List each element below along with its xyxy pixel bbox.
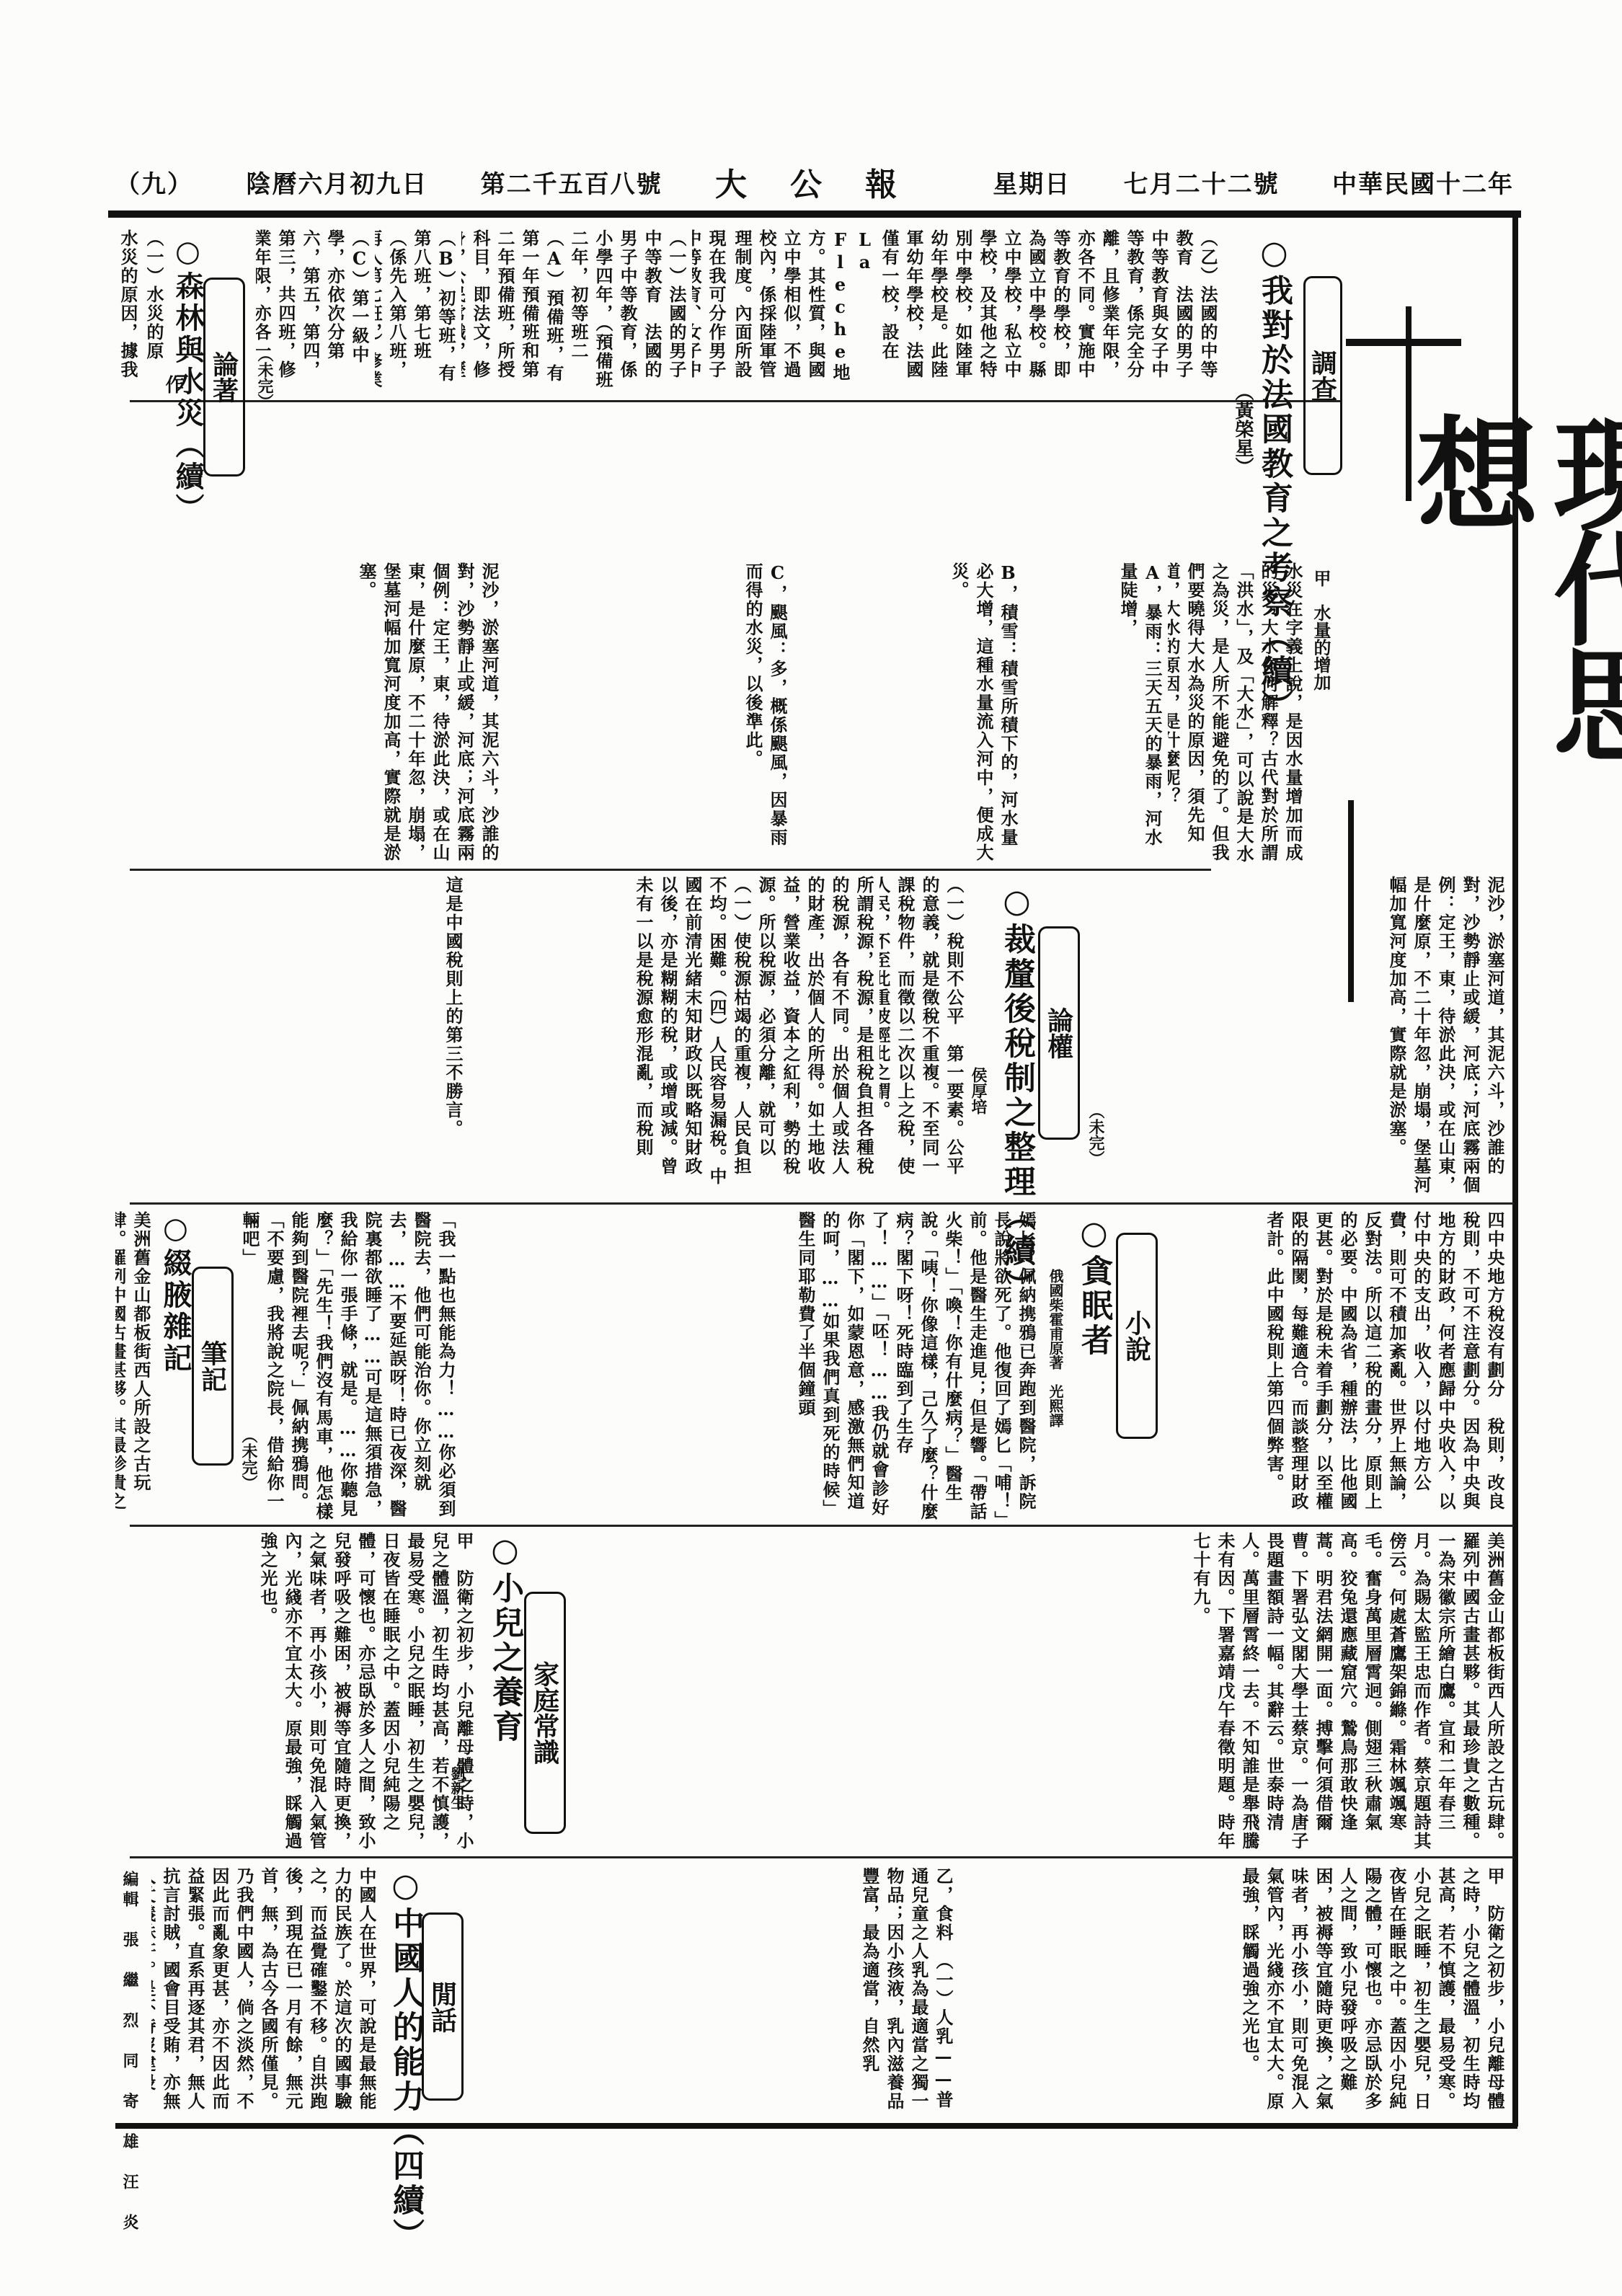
section-heading-water: 甲 水量的增加 [1308,569,1334,691]
row1-rule [130,400,1341,402]
masthead: 現代思想 [1348,245,1586,836]
article-author-survey: （黃棨星） [1230,382,1257,476]
section-label-tax: 論權 [1038,926,1080,1140]
section-label-text: 調查 [1305,350,1342,402]
article-body-notes-a: 美洲舊金山都板街西人所設之古玩肆。羅列中國古畫甚夥。其最珍貴之數種。一為宋徽宗所… [115,1211,153,1521]
article-body-family-2: 甲 防衛之初步，小兒離母體之時，小兒之體溫，初生時均甚高，若不慎護，最易受寒。小… [959,1867,1507,2119]
article-body-forest-2: 水災的原因，據我的見解，大概可分兩說： [115,229,140,395]
article-body-notes-b: 美洲舊金山都板街西人所設之古玩肆。羅列中國古畫甚夥。其最珍貴之數種。一為宋徽宗所… [743,1532,1507,1853]
row5-rule [130,1856,1514,1858]
article-body-flood-end: 泥沙，淤塞河道，其泥六斗，沙誰的對，沙勢靜止或緩，河底；河底霧兩個例：定王，東，… [1218,876,1507,1200]
article-body-tax-2: 所謂稅源，稅源，是租稅負担各種稅的稅源，各有不同。出於個人或法人的財產，出於個人… [469,876,876,1193]
section-label-text: 論著 [206,351,243,403]
row2-rule-left [130,869,1211,871]
weekday: 星期日 [993,164,1071,200]
article-body-novel-2: 「我一點也無能為力！……你必須到醫院去，他們可能治你。你立刻就去，……不要延誤呀… [238,1211,458,1521]
article-body-survey-3: （一）法國的男子中等教育 法國的男子中等教育，係小學四年，（預備班二年，初等班二… [570,229,688,395]
article-body-tax-1: （一）稅則不公平 第一要素。公平的意義，就是徵稅不重複。不至同一課稅物件，而徵以… [879,876,966,1193]
masthead-line-h [1346,339,1461,346]
article-title-family: ○小兒之養育 [482,1532,528,1763]
republic-year: 中華民國十二年 [1332,164,1514,200]
article-body-family-food: 乙，食料 （一）人乳——普通兒童之人乳為最適當之獨一物品；因小孩液，乳內滋養品豐… [519,1867,955,2119]
editor-credit: 編輯 張 繼 烈 同 寄 雄 汪 炎 [119,1871,141,2234]
section-label-text: 家庭常識 [527,1661,564,1765]
to-be-continued-survey: （未完） [254,346,276,409]
newspaper-page: 中華民國十二年 七月二十二號 星期日 大公報 第二千五百八號 陰曆六月初九日 （… [0,0,1622,2296]
page-header: 中華民國十二年 七月二十二號 星期日 大公報 第二千五百八號 陰曆六月初九日 （… [115,166,1514,198]
to-be-continued-flood: （未完） [1085,1103,1107,1166]
article-body-novel-1: 嫣匕，佩納携鴉已奔跑到醫院，訴院長說將欲死了。他復回了嫣匕「哺！」前。他是醫生走… [461,1211,1038,1521]
article-title-tax: ○裁釐後稅制之整理（續） [993,883,1040,1200]
section-label-forest: 論著 [203,278,245,477]
article-body-survey-5: （B）初等班，有第八班，第七班（係先入第八班，再入第七班，）修業年限，各一年。由… [375,229,458,395]
section-label-novel: 小說 [1116,1233,1158,1439]
article-body-tax-3: 這是中國稅則上的第三不勝言。 [115,876,465,1193]
section-label-family: 家庭常識 [524,1592,566,1834]
article-body-water-C: C，颶風：多，概係颶風，因暴雨而得的水災，以後準此。 [505,562,789,865]
article-author-novel: 俄國柴霍甫原著 光熙譯 [1045,1269,1066,1427]
masthead-title: 現代思想 [1399,411,1622,836]
article-title-novel: ○貪眠者 [1071,1215,1117,1402]
header-rule [108,210,1521,218]
article-body-tax-side: 四中央地方稅沒有劃分 稅則，改良稅則，不可不注意劃分。因為中央與地方的財政，何者… [1153,1211,1507,1521]
row4-rule [130,1525,1514,1527]
section-label-text: 閒話 [425,1981,461,2033]
article-body-chat: 中國人在世界，可說是最無能力的民族了。於這次的國事驗之，而益覺確鑿不移。自洪跑後… [151,1867,378,2119]
row3-rule [130,1202,1514,1205]
gregorian-date: 七月二十二號 [1124,164,1280,200]
article-body-water-A: A，暴雨：三天五天的暴雨，河水量陡增， [1024,562,1164,865]
article-body-forest-1: （一）水災的原因， [141,229,166,395]
article-body-survey-1: （乙）法國的中等教育 法國的男子中等教育與女子中等教育，係完全分離，且修業年限，… [730,229,1220,395]
section-label-survey: 調查 [1303,276,1342,475]
issue-number: 第二千五百八號 [481,164,662,200]
article-author-tax: 侯厚培 [967,1067,990,1114]
section-label-text: 小說 [1119,1310,1156,1362]
article-title-notes: ○綴腋雜記 [155,1211,196,1427]
article-body-water-B: B，積雪：積雪所積下的，河水量必大增，這種水量流入河中，便成大災。 [793,562,1020,865]
section-label-text: 論權 [1041,1007,1078,1059]
bottom-rule [115,2123,1517,2129]
article-body-family-1: 甲 防衛之初步，小兒離母體之時，小兒之體溫，初生時均甚高，若不慎護，最易受寒。小… [115,1532,476,1853]
article-body-water-1: 水災在字義上說，是因水量增加而成的災；大水作何解釋？古代對於所謂「洪水」，及「大… [1168,562,1305,865]
lunar-date: 陰曆六月初九日 [246,164,427,200]
article-body-water-cont: 泥沙，淤塞河道，其泥六斗，沙誰的對，沙勢靜止或緩，河底；河底霧兩個例：定王，東，… [115,562,501,865]
section-label-text: 筆記 [195,1340,231,1392]
section-label-notes: 筆記 [192,1267,234,1466]
article-body-survey-2: 現在我可分作男子中等教育、女子中等教育。說明法國的中等教育。國立中學及縣立中學四… [692,229,728,395]
page-number: （九） [115,164,193,200]
article-title-chat: ○中國人的能力（四續） [382,1867,428,2112]
article-body-survey-4: （A）預備班，有第一年預備班和第二年預備班，所授科目，即法文，修身，公民常識，歷… [461,229,566,395]
to-be-continued-novel: （未完） [238,1427,260,1491]
article-title-survey: ○我對於法國教育之考察（續） [1251,234,1297,580]
paper-name: 大公報 [715,159,940,205]
